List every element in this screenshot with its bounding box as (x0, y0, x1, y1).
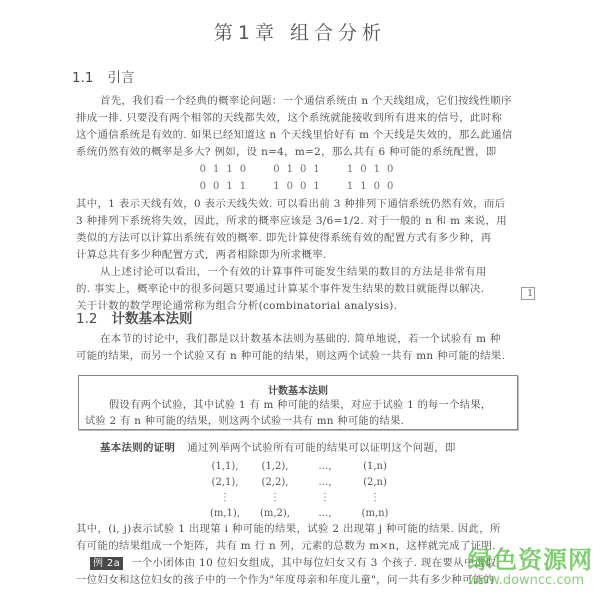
watermark: 绿色资源网 www.downcc.com (468, 540, 593, 588)
text-line: 这个通信系统是有效的. 如果已经知道这 n 个天线里恰好有 m 个天线是失效的，… (76, 127, 516, 144)
section-heading-1-1: 1.1引言 (72, 66, 134, 86)
page-number: 1 (521, 287, 535, 300)
example-text: 一个小团体由 10 位妇女组成，其中每位妇女又有 3 个孩子. 现在要从中选取 (131, 557, 496, 569)
section-intro: 在本节的讨论中，我们都是以计数基本法则为基础的. 简单地说，若一个试验有 m 种… (76, 331, 516, 365)
section-number: 1.2 (76, 311, 97, 327)
matrix-row-m: (m,1),(m,2),…,(m,n) (0, 508, 600, 519)
text-line: 排成一排. 只要没有两个相邻的天线都失效，这个系统就能接收到所有进来的信号，此时… (76, 110, 516, 127)
matrix-cell: …, (300, 477, 350, 488)
text-line: 例 2a一个小团体由 10 位妇女组成，其中每位妇女又有 3 个孩子. 现在要从… (76, 555, 516, 572)
matrix-cell: …, (300, 508, 350, 519)
matrix-cell: (1,2), (250, 461, 300, 472)
text-line: 从上述讨论可以看出，一个有效的计算事件可能发生结果的数目的方法是非常有用 (76, 264, 516, 281)
intro-paragraph-2: 其中，1 表示天线有效，0 表示天线失效. 可以看出前 3 种排列下通信系统仍然… (76, 196, 516, 264)
chapter-title: 第1章 组合分析 (0, 18, 600, 45)
matrix-cell: ⋮ (250, 492, 300, 503)
matrix-cell: ⋮ (300, 492, 350, 503)
matrix-row-ellipsis: ⋮⋮⋮⋮ (0, 492, 600, 503)
matrix-cell: (1,n) (350, 461, 400, 472)
text-line: 试验 2 有 n 种可能的结果，则这两个试验一共有 mn 种可能的结果. (85, 414, 511, 430)
text-line: 3 种排列下系统将失效，因此，所求的概率应该是 3/6=1/2. 对于一般的 n… (76, 213, 516, 230)
config-row-1: 0110 0101 1010 (0, 164, 600, 175)
matrix-cell: (2,2), (250, 477, 300, 488)
text-line: 首先，我们看一个经典的概率论问题：一个通信系统由 n 个天线组成，它们按线性顺序 (76, 93, 516, 110)
example-badge: 例 2a (90, 557, 123, 570)
text-line: 在本节的讨论中，我们都是以计数基本法则为基础的. 简单地说，若一个试验有 m 种 (76, 331, 516, 348)
config-row-2: 0011 1001 1100 (0, 181, 600, 192)
box-body: 假设有两个试验，其中试验 1 有 m 种可能的结果，对应于试验 1 的每一个结果… (79, 397, 517, 430)
section-title: 引言 (107, 70, 134, 86)
section-number: 1.1 (72, 70, 93, 86)
book-page: 第1章 组合分析 1.1引言 首先，我们看一个经典的概率论问题：一个通信系统由 … (0, 0, 600, 600)
proof-label: 基本法则的证明 (100, 442, 175, 454)
matrix-cell: (m,n) (350, 508, 400, 519)
matrix-cell: …, (300, 461, 350, 472)
text-line: 计算总共有多少种配置方式，两者相除即为所求概率. (76, 247, 516, 264)
matrix-row-1: (1,1),(1,2),…,(1,n) (0, 461, 600, 472)
matrix-cell: ⋮ (200, 492, 250, 503)
text-line: 类似的方法可以计算出系统有效的概率. 即先计算使得系统有效的配置方式有多少种，再 (76, 230, 516, 247)
example-2a: 例 2a一个小团体由 10 位妇女组成，其中每位妇女又有 3 个孩子. 现在要从… (76, 555, 516, 589)
section-title: 计数基本法则 (111, 311, 192, 327)
fundamental-rule-box: 计数基本法则 假设有两个试验，其中试验 1 有 m 种可能的结果，对应于试验 1… (78, 375, 518, 430)
matrix-cell: ⋮ (350, 492, 400, 503)
text-line: 假设有两个试验，其中试验 1 有 m 种可能的结果，对应于试验 1 的每一个结果… (85, 398, 511, 414)
matrix-cell: (2,n) (350, 477, 400, 488)
box-title: 计数基本法则 (79, 382, 517, 397)
text-line: 一位妇女和这位妇女的孩子中的一个作为"年度母亲和年度儿童"，问一共有多少种可能的 (76, 572, 516, 589)
matrix-cell: (2,1), (200, 477, 250, 488)
text-line: 的. 事实上，概率论中的很多问题只要通过计算某个事件发生结果的数目就能得以解决. (76, 281, 516, 298)
matrix-cell: (m,1), (200, 508, 250, 519)
text-line: 其中，1 表示天线有效，0 表示天线失效. 可以看出前 3 种排列下通信系统仍然… (76, 196, 516, 213)
text-line: 有可能的结果组成一个矩阵，共有 m 行 n 列，元素的总数为 m×n，这样就完成… (76, 538, 516, 555)
proof-conclusion: 其中，(i, j)表示试验 1 出现第 i 种可能的结果，试验 2 出现第 j … (76, 521, 516, 555)
proof-text: 通过列举两个试验所有可能的结果可以证明这个问题，即 (187, 442, 456, 454)
text-line: 其中，(i, j)表示试验 1 出现第 i 种可能的结果，试验 2 出现第 j … (76, 521, 516, 538)
text-line: 基本法则的证明通过列举两个试验所有可能的结果可以证明这个问题，即 (100, 440, 540, 457)
text-line: 系统仍然有效的概率是多大? 例如，设 n=4，m=2，那么共有 6 种可能的系统… (76, 144, 516, 161)
watermark-url: www.downcc.com (468, 573, 593, 588)
matrix-cell: (1,1), (200, 461, 250, 472)
watermark-text: 绿色资源网 (468, 540, 593, 575)
matrix-cell: (m,2), (250, 508, 300, 519)
proof-paragraph: 基本法则的证明通过列举两个试验所有可能的结果可以证明这个问题，即 (100, 440, 540, 457)
matrix-row-2: (2,1),(2,2),…,(2,n) (0, 477, 600, 488)
section-heading-1-2: 1.2计数基本法则 (76, 307, 192, 327)
text-line: 可能的结果，而另一个试验又有 n 种可能的结果，则这两个试验一共有 mn 种可能… (76, 348, 516, 365)
intro-paragraph-1: 首先，我们看一个经典的概率论问题：一个通信系统由 n 个天线组成，它们按线性顺序… (76, 93, 516, 161)
